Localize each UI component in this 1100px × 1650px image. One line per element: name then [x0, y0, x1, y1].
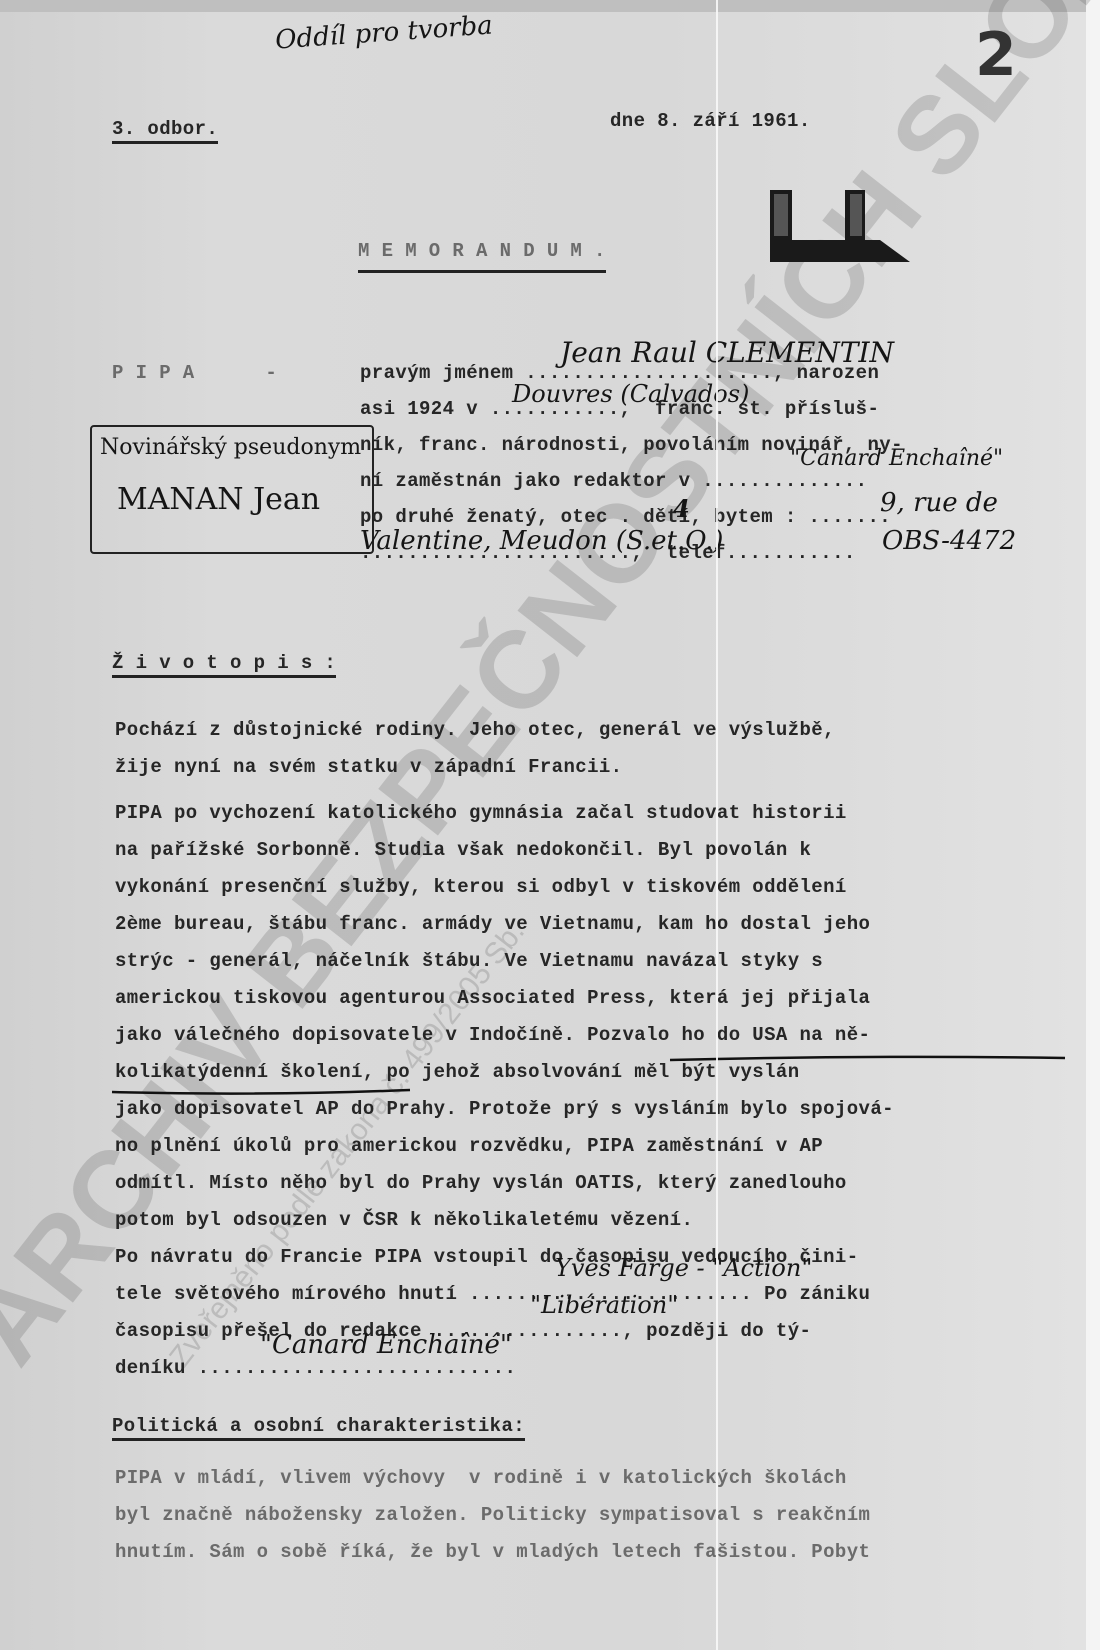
text-line: potom byl odsouzen v ČSR k několikaletém…: [115, 1202, 1065, 1239]
section-heading-biography: Ž i v o t o p i s :: [112, 652, 336, 678]
handwritten-underline: [110, 1050, 1070, 1100]
fold-line: [716, 0, 718, 1650]
handwritten-journal: "Libération": [530, 1291, 678, 1319]
handwritten-children: 4: [673, 494, 690, 523]
text-line: strýc - generál, náčelník štábu. Ve Viet…: [115, 943, 1065, 980]
pseudonym-label: Novinářský pseudonym: [100, 435, 361, 460]
document-date: dne 8. září 1961.: [610, 110, 811, 132]
pseudonym-value: MANAN Jean: [117, 482, 320, 517]
pseudonym-box: Novinářský pseudonym MANAN Jean: [90, 425, 374, 554]
section-heading-political: Politická a osobní charakteristika:: [112, 1415, 525, 1441]
handwritten-real-name: Jean Raul CLEMENTIN: [560, 336, 894, 369]
text-line: žije nyní na svém statku v západní Franc…: [115, 749, 1065, 786]
text-line: deníku ...........................: [115, 1350, 1065, 1387]
department: 3. odbor.: [112, 118, 218, 144]
page-number: 2: [975, 20, 1017, 90]
page-edge: [1086, 0, 1100, 1650]
text-line: byl značně nábožensky založen. Politicky…: [115, 1497, 1065, 1534]
text-line: odmítl. Místo něho byl do Prahy vyslán O…: [115, 1165, 1065, 1202]
text-line: PIPA v mládí, vlivem výchovy v rodině i …: [115, 1460, 1065, 1497]
text-line: Pochází z důstojnické rodiny. Jeho otec,…: [115, 712, 1065, 749]
handwritten-movement-leader: Yves Farge - "Action": [555, 1254, 812, 1282]
text-line: jako válečného dopisovatele v Indočíně. …: [115, 1017, 1065, 1054]
header-line: po druhé ženatý, otec . dětí, bytem : ..…: [360, 506, 891, 528]
political-paragraph-1: PIPA v mládí, vlivem výchovy v rodině i …: [115, 1460, 1065, 1571]
biography-paragraph-1: Pochází z důstojnické rodiny. Jeho otec,…: [115, 712, 1065, 786]
text-line: americkou tiskovou agenturou Associated …: [115, 980, 1065, 1017]
header-line: ní zaměstnán jako redaktor v ...........…: [360, 470, 867, 492]
codename: P I P A -: [112, 362, 277, 384]
text-line: no plnění úkolů pro americkou rozvědku, …: [115, 1128, 1065, 1165]
handwritten-weekly: "Canard Enchaîné": [260, 1330, 512, 1360]
memorandum-title: M E M O R A N D U M .: [358, 240, 606, 273]
handwritten-employer: "Canard Enchaîné": [790, 446, 1003, 471]
text-line: na pařížské Sorbonně. Studia však nedoko…: [115, 832, 1065, 869]
text-line: hnutím. Sám o sobě říká, že byl v mladýc…: [115, 1534, 1065, 1571]
text-line: vykonání presenční služby, kterou si odb…: [115, 869, 1065, 906]
text-line: 2ème bureau, štábu franc. armády ve Viet…: [115, 906, 1065, 943]
stamp-mark-icon: [770, 190, 910, 265]
handwritten-address-2: Valentine, Meudon (S.et.O.): [360, 526, 723, 556]
handwritten-birthplace: Douvres (Calvados): [512, 380, 749, 408]
text-line: PIPA po vychození katolického gymnásia z…: [115, 795, 1065, 832]
handwritten-address-1: 9, rue de: [880, 488, 998, 518]
handwritten-phone: OBS-4472: [882, 526, 1016, 556]
